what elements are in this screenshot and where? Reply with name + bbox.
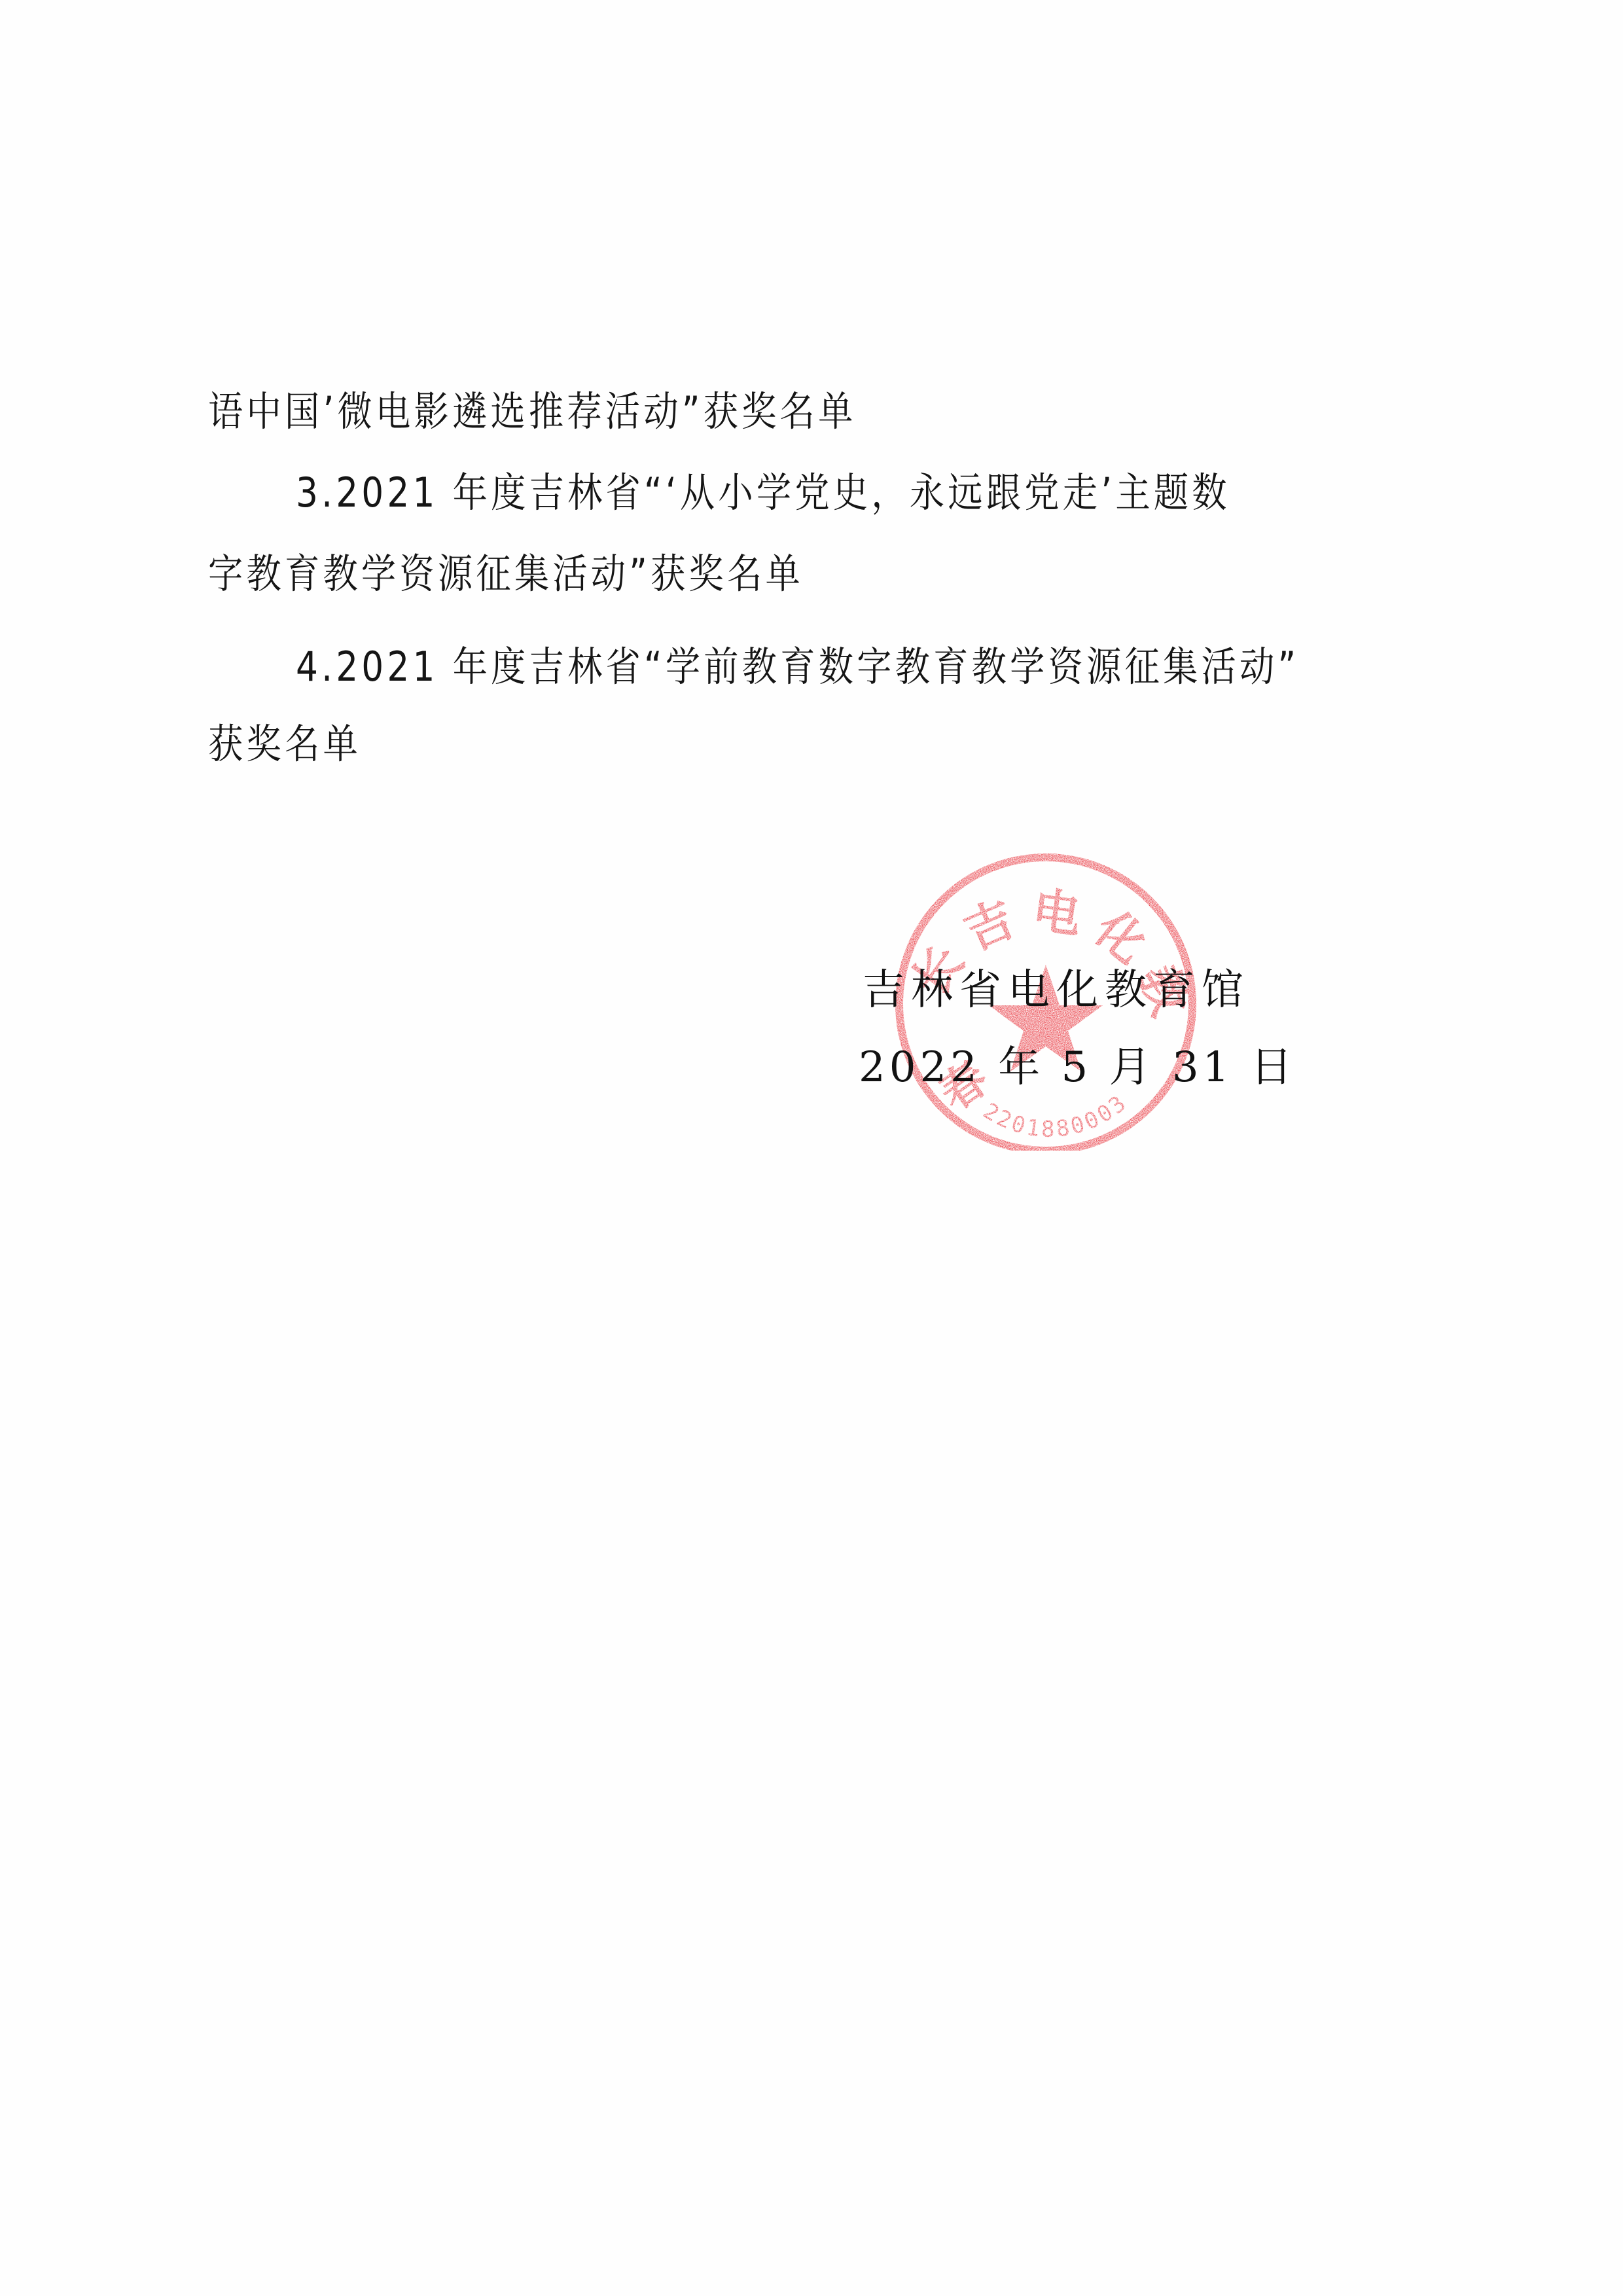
signature-date: 2022 年 5 月 31 日 xyxy=(859,1045,1296,1090)
body-line-item-3-continuation: 字教育教学资源征集活动”获奖名单 xyxy=(208,554,804,594)
body-line-continuation: 语中国’微电影遴选推荐活动”获奖名单 xyxy=(208,391,857,432)
document-page: 语中国’微电影遴选推荐活动”获奖名单 3.2021 年度吉林省“‘从小学党史，永… xyxy=(0,0,1623,2296)
body-line-item-4-continuation: 获奖名单 xyxy=(208,724,361,764)
body-line-item-3: 3.2021 年度吉林省“‘从小学党史，永远跟党走’主题数 xyxy=(296,473,1230,513)
body-line-item-4: 4.2021 年度吉林省“学前教育数字教育教学资源征集活动” xyxy=(296,647,1299,687)
signature-organization: 吉林省电化教育馆 xyxy=(863,967,1250,1013)
